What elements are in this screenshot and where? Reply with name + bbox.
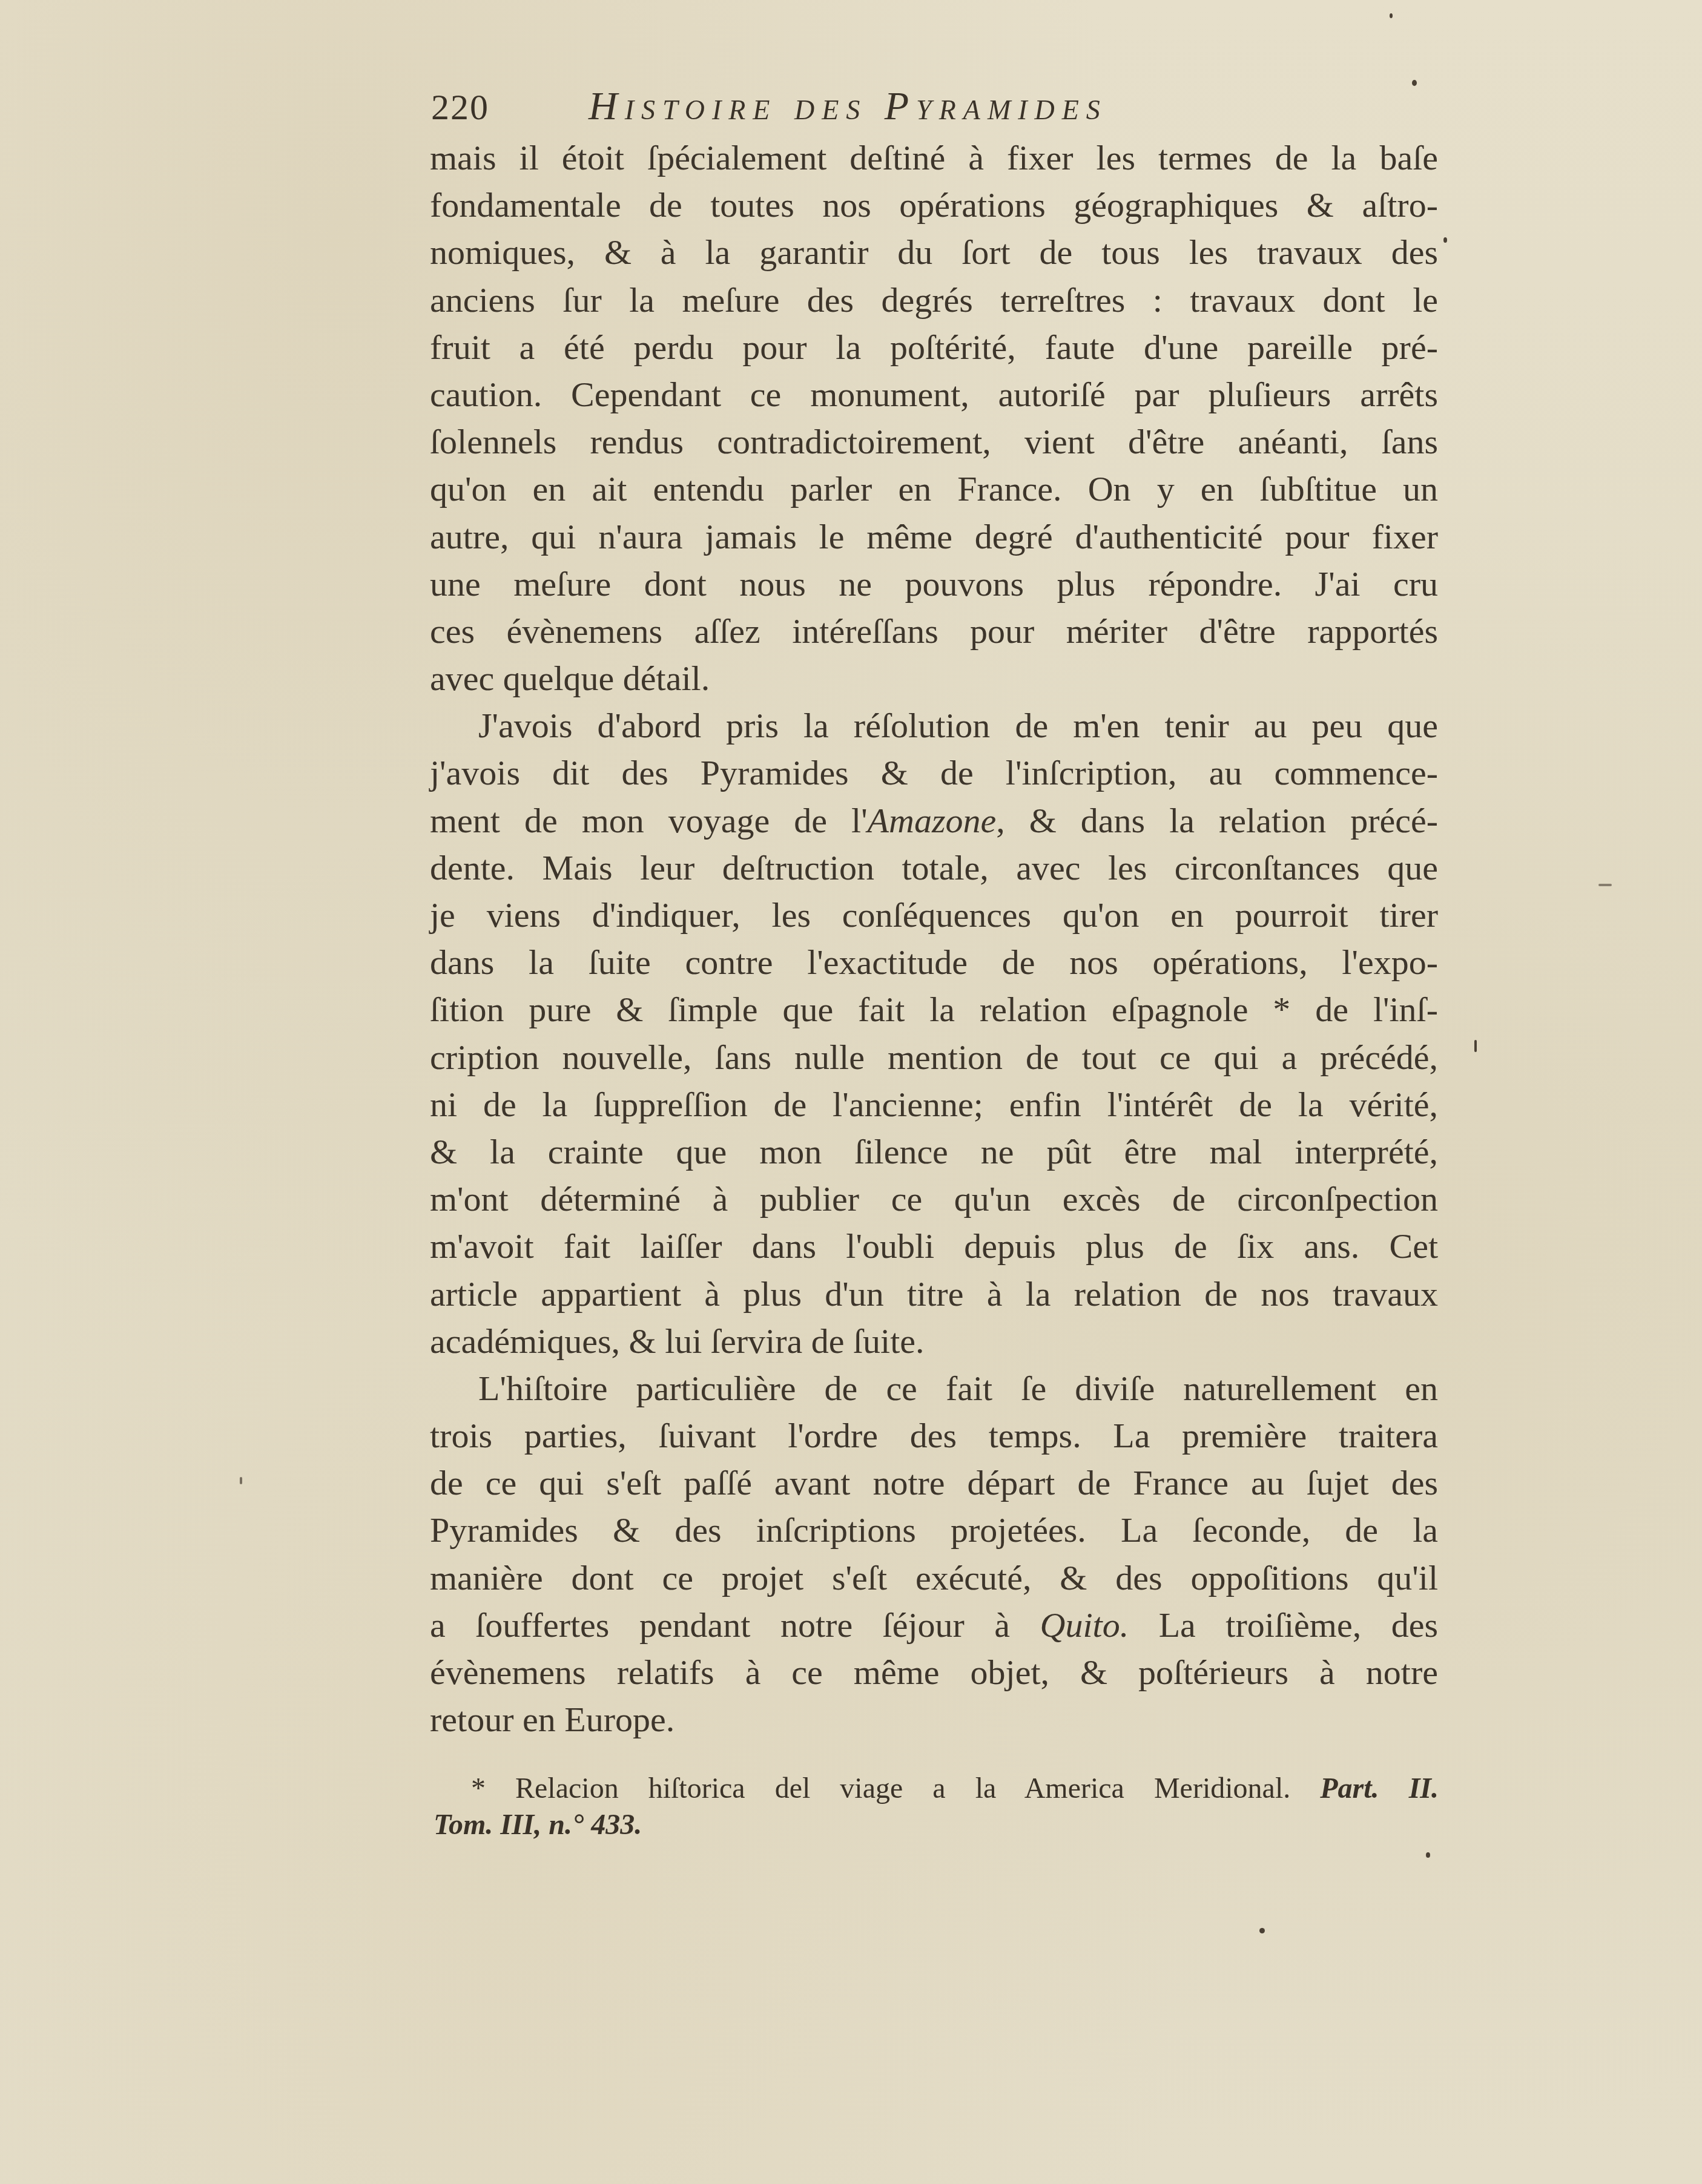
text-segment: j'avois dit des Pyramides & de l'inſcrip…: [430, 753, 1438, 792]
text-segment: a ſouffertes pendant notre ſéjour à: [430, 1605, 1040, 1645]
text-segment: ment de mon voyage de l': [430, 801, 868, 840]
text-line: a ſouffertes pendant notre ſéjour à Quit…: [430, 1602, 1438, 1649]
page-number: 220: [431, 87, 589, 128]
text-segment: m'avoit fait laiſſer dans l'oubli depuis…: [430, 1226, 1438, 1266]
text-line: & la crainte que mon ſilence ne pût être…: [430, 1128, 1438, 1176]
paper-speck: [1412, 80, 1417, 86]
footnote-line: Tom. III, n.° 433.: [434, 1807, 1439, 1843]
text-segment: dente. Mais leur deſtruction totale, ave…: [430, 848, 1438, 887]
text-segment: nomiques, & à la garantir du ſort de tou…: [430, 232, 1438, 272]
text-segment: & la crainte que mon ſilence ne pût être…: [430, 1132, 1438, 1171]
text-segment: de ce qui s'eſt paſſé avant notre départ…: [430, 1463, 1438, 1502]
text-line: J'avois d'abord pris la réſolution de m'…: [430, 702, 1438, 749]
text-segment: je viens d'indiquer, les conſéquences qu…: [430, 895, 1438, 935]
text-segment: une meſure dont nous ne pouvons plus rép…: [430, 564, 1438, 604]
text-line: autre, qui n'aura jamais le même degré d…: [430, 513, 1438, 561]
text-line: j'avois dit des Pyramides & de l'inſcrip…: [430, 749, 1438, 797]
text-line: fondamentale de toutes nos opérations gé…: [430, 182, 1438, 229]
text-segment: caution. Cependant ce monument, autoriſé…: [430, 375, 1438, 414]
text-segment: fruit a été perdu pour la poſtérité, fau…: [430, 327, 1438, 367]
text-line: manière dont ce projet s'eſt exécuté, & …: [430, 1554, 1438, 1602]
text-segment: académiques, & lui ſervira de ſuite.: [430, 1321, 925, 1361]
text-segment: trois parties, ſuivant l'ordre des temps…: [430, 1416, 1438, 1455]
text-segment: ces évènemens aſſez intéreſſans pour mér…: [430, 611, 1438, 651]
text-segment: cription nouvelle, ſans nulle mention de…: [430, 1038, 1438, 1077]
text-line: je viens d'indiquer, les conſéquences qu…: [430, 892, 1438, 939]
paper-speck: [1598, 884, 1612, 886]
text-segment: évènemens relatifs à ce même objet, & po…: [430, 1653, 1438, 1692]
text-segment: m'ont déterminé à publier ce qu'un excès…: [430, 1179, 1438, 1219]
text-segment: Pyramides & des inſcriptions projetées. …: [430, 1510, 1438, 1550]
text-segment: J'avois d'abord pris la réſolution de m'…: [478, 706, 1438, 745]
text-line: qu'on en ait entendu parler en France. O…: [430, 465, 1438, 513]
text-line: ces évènemens aſſez intéreſſans pour mér…: [430, 608, 1438, 655]
paper-speck: [1426, 1852, 1430, 1858]
paper-speck: [1474, 1040, 1477, 1052]
text-segment: autre, qui n'aura jamais le même degré d…: [430, 517, 1438, 556]
text-line: m'ont déterminé à publier ce qu'un excès…: [430, 1176, 1438, 1223]
text-segment: fondamentale de toutes nos opérations gé…: [430, 185, 1438, 225]
text-line: m'avoit fait laiſſer dans l'oubli depuis…: [430, 1223, 1438, 1270]
italic-text: Tom. III, n.° 433.: [434, 1809, 642, 1841]
paper-speck: [1390, 13, 1393, 18]
text-segment: ni de la ſuppreſſion de l'ancienne; enfi…: [430, 1085, 1438, 1124]
body-text: mais il étoit ſpécialement deſtiné à fix…: [430, 134, 1438, 1743]
italic-text: Quito.: [1040, 1605, 1129, 1645]
text-segment: , & dans la relation précé-: [996, 801, 1438, 840]
book-page: 220 Histoire des Pyramides mais il étoit…: [0, 0, 1702, 2184]
text-line: mais il étoit ſpécialement deſtiné à fix…: [430, 134, 1438, 182]
text-segment: anciens ſur la meſure des degrés terreſt…: [430, 280, 1438, 320]
text-segment: L'hiſtoire particulière de ce fait ſe di…: [478, 1369, 1438, 1408]
italic-text: Amazone: [868, 801, 997, 840]
text-segment: ſition pure & ſimple que fait la relatio…: [430, 990, 1438, 1029]
text-line: ſolennels rendus contradictoirement, vie…: [430, 418, 1438, 465]
text-line: cription nouvelle, ſans nulle mention de…: [430, 1034, 1438, 1081]
running-head: 220 Histoire des Pyramides: [431, 84, 1315, 132]
text-line: ſition pure & ſimple que fait la relatio…: [430, 986, 1438, 1033]
text-line: Pyramides & des inſcriptions projetées. …: [430, 1507, 1438, 1554]
text-line: L'hiſtoire particulière de ce fait ſe di…: [430, 1365, 1438, 1412]
footnote-line: * Relacion hiſtorica del viage a la Amer…: [434, 1771, 1439, 1807]
text-line: ni de la ſuppreſſion de l'ancienne; enfi…: [430, 1081, 1438, 1128]
text-line: fruit a été perdu pour la poſtérité, fau…: [430, 324, 1438, 371]
text-segment: retour en Europe.: [430, 1700, 675, 1739]
text-line: ment de mon voyage de l'Amazone, & dans …: [430, 797, 1438, 844]
text-segment: ſolennels rendus contradictoirement, vie…: [430, 422, 1438, 461]
text-line: nomiques, & à la garantir du ſort de tou…: [430, 229, 1438, 276]
text-segment: qu'on en ait entendu parler en France. O…: [430, 469, 1438, 508]
text-segment: dans la ſuite contre l'exactitude de nos…: [430, 942, 1438, 982]
italic-text: Part. II.: [1320, 1772, 1439, 1804]
text-segment: La troiſième, des: [1129, 1605, 1438, 1645]
paper-speck: [1443, 237, 1447, 243]
text-line: dente. Mais leur deſtruction totale, ave…: [430, 844, 1438, 892]
text-line: dans la ſuite contre l'exactitude de nos…: [430, 939, 1438, 986]
text-segment: manière dont ce projet s'eſt exécuté, & …: [430, 1558, 1438, 1597]
running-head-title: Histoire des Pyramides: [589, 84, 1107, 130]
text-line: évènemens relatifs à ce même objet, & po…: [430, 1649, 1438, 1696]
text-line: une meſure dont nous ne pouvons plus rép…: [430, 561, 1438, 608]
text-segment: mais il étoit ſpécialement deſtiné à fix…: [430, 138, 1438, 177]
footnote: * Relacion hiſtorica del viage a la Amer…: [434, 1771, 1439, 1843]
text-segment: article appartient à plus d'un titre à l…: [430, 1274, 1438, 1314]
text-line: trois parties, ſuivant l'ordre des temps…: [430, 1412, 1438, 1459]
paper-speck: [240, 1477, 242, 1484]
text-line: retour en Europe.: [430, 1696, 1438, 1743]
text-segment: * Relacion hiſtorica del viage a la Amer…: [471, 1772, 1320, 1804]
text-line: de ce qui s'eſt paſſé avant notre départ…: [430, 1459, 1438, 1507]
text-line: avec quelque détail.: [430, 655, 1438, 702]
text-segment: avec quelque détail.: [430, 659, 710, 698]
text-line: anciens ſur la meſure des degrés terreſt…: [430, 277, 1438, 324]
text-line: caution. Cependant ce monument, autoriſé…: [430, 371, 1438, 418]
text-line: académiques, & lui ſervira de ſuite.: [430, 1318, 1438, 1365]
paper-speck: [1259, 1928, 1265, 1933]
text-line: article appartient à plus d'un titre à l…: [430, 1271, 1438, 1318]
